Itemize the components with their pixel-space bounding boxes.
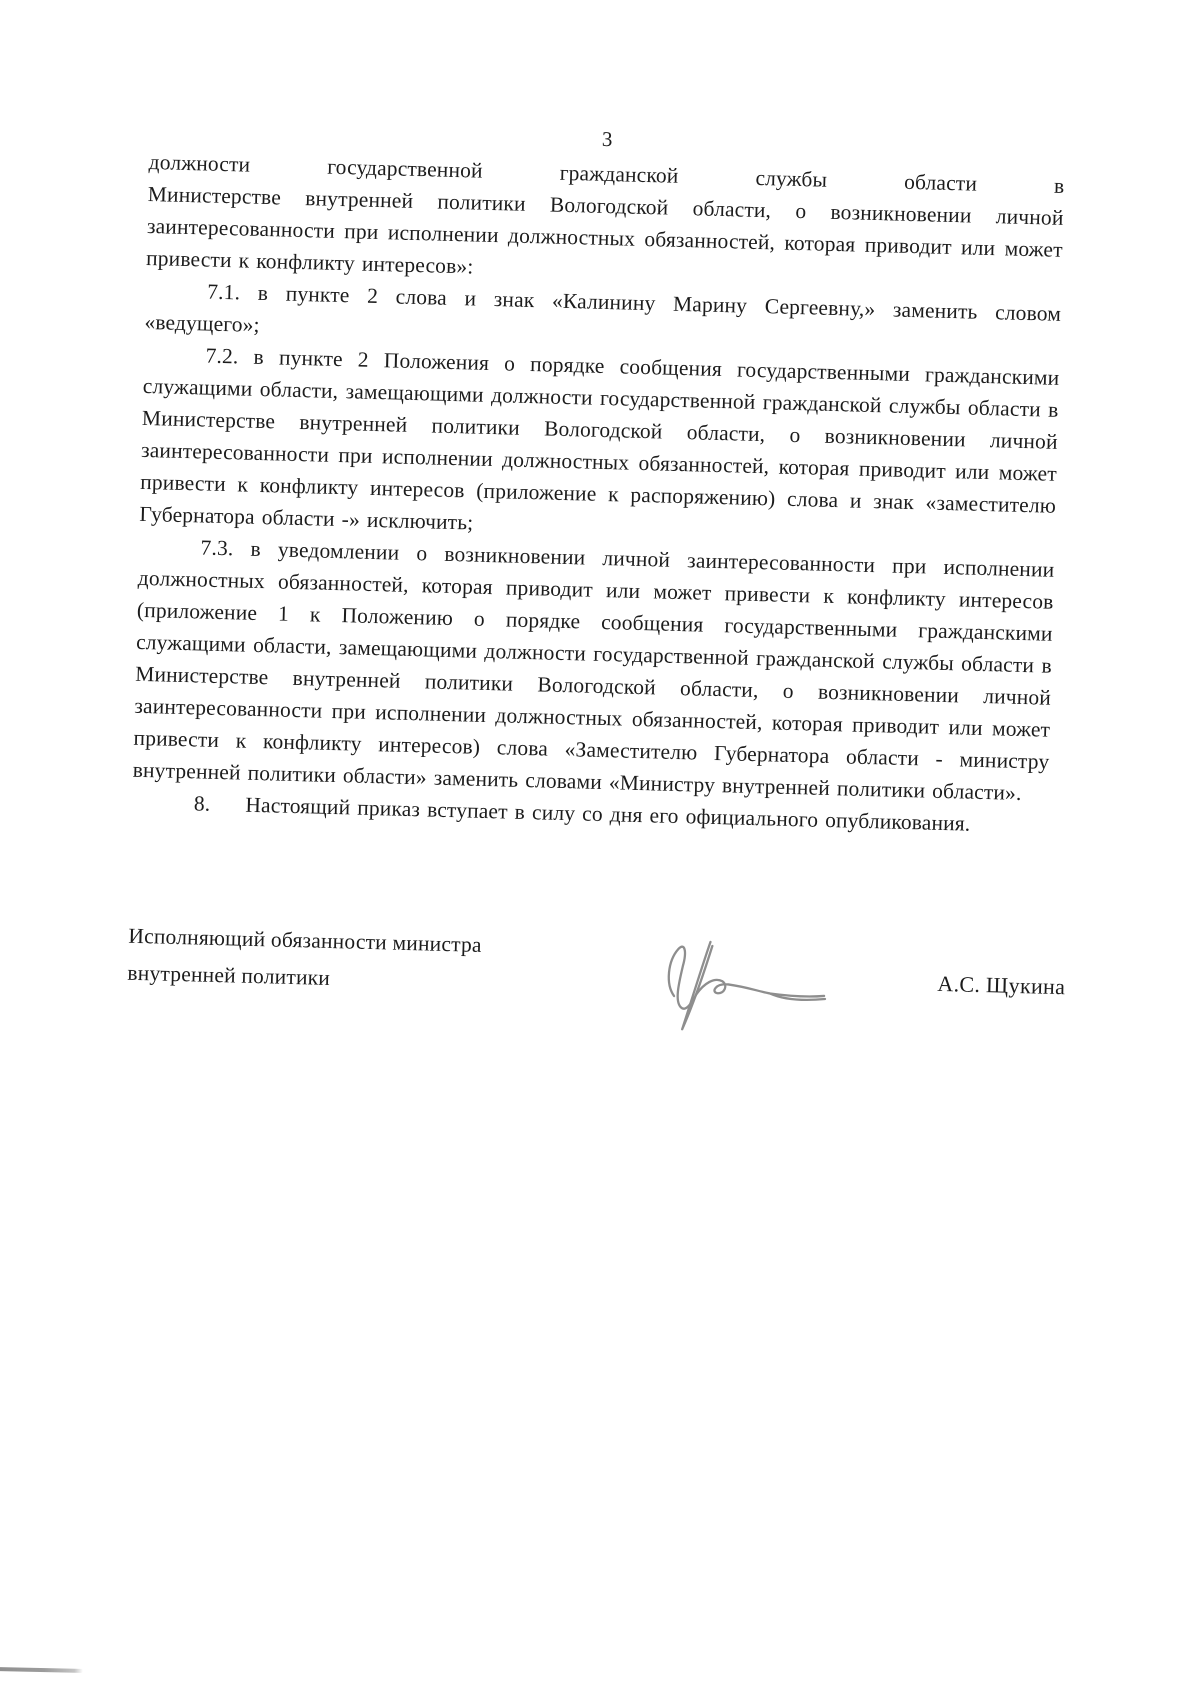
- paragraph-item-7-3: 7.3. в уведомлении о возникновении лично…: [132, 530, 1054, 810]
- signer-position: Исполняющий обязанности министра внутрен…: [127, 918, 482, 1001]
- signer-name: А.С. Щукина: [937, 971, 1065, 1000]
- scan-content: 3 должности государственной гражданской …: [123, 112, 1066, 1174]
- scan-artifact-line: [0, 1667, 83, 1673]
- handwritten-signature-icon: [653, 932, 832, 1037]
- paragraph-item-7-2: 7.2. в пункте 2 Положения о порядке сооб…: [139, 338, 1060, 554]
- document-page: 3 должности государственной гражданской …: [0, 0, 1200, 1694]
- signature-block: Исполняющий обязанности министра внутрен…: [123, 910, 1045, 1174]
- document-body: должности государственной гражданской сл…: [132, 146, 1065, 842]
- paragraph-continuation: должности государственной гражданской сл…: [146, 146, 1065, 298]
